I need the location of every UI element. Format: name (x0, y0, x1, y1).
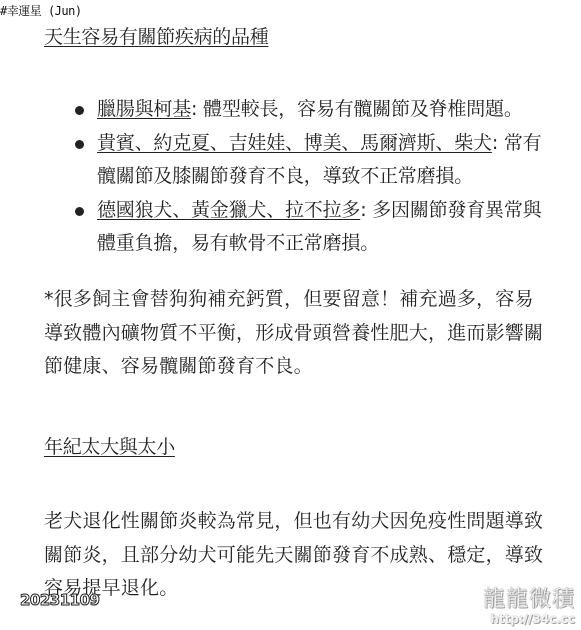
section-heading-age: 年紀太大與太小 (44, 432, 175, 459)
bullet-icon (75, 140, 84, 149)
breed-names: 德國狼犬、黃金獵犬、拉不拉多 (97, 199, 360, 221)
section-heading-congenital-breeds: 天生容易有關節疾病的品種 (44, 22, 268, 49)
watermark-name: 龍龍微積 (483, 588, 575, 612)
watermark: 龍龍微積 http://34c.cc (483, 588, 575, 626)
breed-list: 臘腸與柯基: 體型較長，容易有髖關節及脊椎問題。 貴賓、約克夏、吉娃娃、博美、馬… (72, 93, 542, 261)
bullet-icon (75, 207, 84, 216)
bullet-icon (75, 106, 84, 115)
breed-names: 臘腸與柯基 (97, 98, 191, 120)
date-stamp: 20231109 (20, 591, 100, 609)
source-tag: #幸運星 (Jun) (0, 2, 82, 19)
breed-names: 貴賓、約克夏、吉娃娃、博美、馬爾濟斯、柴犬 (97, 132, 492, 154)
list-item: 貴賓、約克夏、吉娃娃、博美、馬爾濟斯、柴犬: 常有髖關節及膝關節發育不良，導致不… (72, 127, 542, 194)
calcium-note: *很多飼主會替狗狗補充鈣質，但要留意！補充過多，容易導致體內礦物質不平衡，形成骨… (44, 283, 544, 384)
list-item: 臘腸與柯基: 體型較長，容易有髖關節及脊椎問題。 (72, 93, 542, 127)
watermark-url: http://34c.cc (483, 612, 575, 626)
age-paragraph: 老犬退化性關節炎較為常見，但也有幼犬因免疫性問題導致關節炎，且部分幼犬可能先天關… (44, 505, 544, 606)
list-item: 德國狼犬、黃金獵犬、拉不拉多: 多因關節發育異常與體重負擔，易有軟骨不正常磨損。 (72, 194, 542, 261)
breed-description: : 體型較長，容易有髖關節及脊椎問題。 (191, 98, 523, 120)
